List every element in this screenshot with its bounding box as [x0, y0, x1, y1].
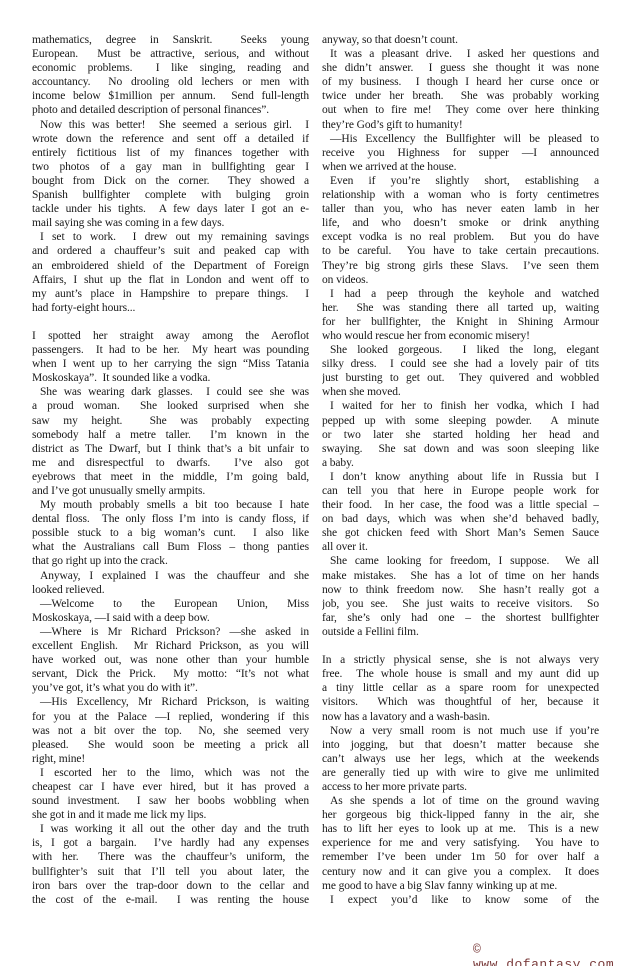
text-line: was not a bit over the top. No, she seem…: [32, 724, 309, 738]
text-line: she got in and it made me lick my lips.: [32, 808, 309, 822]
text-line: into jogging, but that doesn’t matter be…: [322, 738, 599, 752]
text-line: me good to have a big Slav fanny winking…: [322, 879, 599, 893]
text-line: receive you Highness for supper —I annou…: [322, 146, 599, 160]
text-line: servant, Dick the Prick. My motto: “It’s…: [32, 667, 309, 681]
text-line: Affairs, I shut up the flat in London an…: [32, 273, 309, 287]
text-line: sound investment. I saw her boobs wobbli…: [32, 794, 309, 808]
book-page: mathematics, degree in Sanskrit. Seeks y…: [0, 0, 630, 966]
text-line: Anyway, I explained I was the chauffeur …: [32, 569, 309, 583]
text-line: outside a Fellini film.: [322, 625, 599, 639]
text-line: and I’ve got unusually smelly armpits.: [32, 484, 309, 498]
text-line: life, and who doesn’t smoke or drink any…: [322, 216, 599, 230]
text-line: two photos of a gay man in bullfighting …: [32, 160, 309, 174]
text-line: saw my height. She was probably expectin…: [32, 414, 309, 428]
text-line: except vodka is no real problem. But you…: [322, 230, 599, 244]
text-line: visitors. Which was thoughtful of her, b…: [322, 695, 599, 709]
watermark-copyright: © www.dofantasy.com: [473, 942, 630, 966]
text-line: In a strictly physical sense, she is not…: [322, 653, 599, 667]
text-line: has to lift her eyes to look up at me. T…: [322, 822, 599, 836]
text-line: anyway, so that doesn’t count.: [322, 33, 599, 47]
text-line: a tiny little cellar as a spare room for…: [322, 681, 599, 695]
text-line: district as The Dwarf, but I think that’…: [32, 442, 309, 456]
text-line: with her. There was the chauffeur’s unif…: [32, 850, 309, 864]
text-line: —His Excellency, Mr Richard Prickson, is…: [32, 695, 309, 709]
text-line: photo and detailed description of person…: [32, 103, 309, 117]
text-line: —Welcome to the European Union, Miss: [32, 597, 309, 611]
text-line: right, mine!: [32, 752, 309, 766]
text-line: I escorted her to the limo, which was no…: [32, 766, 309, 780]
text-line: their food. In her case, the food was a …: [322, 498, 599, 512]
text-line: that go right up into the crack.: [32, 554, 309, 568]
text-line: she got chicken feed with Short Man’s Se…: [322, 526, 599, 540]
text-line: pleased. She would soon be meeting a pri…: [32, 738, 309, 752]
text-line: when I went up to her carrying the sign …: [32, 357, 309, 371]
text-line: she didn’t answer. I guess she thought i…: [322, 61, 599, 75]
text-line: She came looking for freedom, I suppose.…: [322, 554, 599, 568]
text-line: They’re big strong girls these Slavs. I’…: [322, 259, 599, 273]
text-line: for her bullfighter, the Knight in Shini…: [322, 315, 599, 329]
text-line: make mistakes. She has a lot of time on …: [322, 569, 599, 583]
text-line: all over it.: [322, 540, 599, 554]
text-line: out when to fire me! They come over here…: [322, 103, 599, 117]
text-line: passengers. It had to be her. My heart w…: [32, 343, 309, 357]
text-line: tackle under his tights. A few days late…: [32, 202, 309, 216]
text-line: I don’t know anything about life in Russ…: [322, 470, 599, 484]
blank-line: [32, 315, 309, 329]
text-line: Spanish bullfighter complete with bulgin…: [32, 188, 309, 202]
text-line: somebody half a metre taller. I’m known …: [32, 428, 309, 442]
text-line: an embroidered shield of the Department …: [32, 259, 309, 273]
text-line: swaying. She sat down and was soon sleep…: [322, 442, 599, 456]
text-line: remember I’ve been under 1m 50 for over …: [322, 850, 599, 864]
text-line: Moskoskaya”. It sounded like a vodka.: [32, 371, 309, 385]
text-line: twice under her breath. She was probably…: [322, 89, 599, 103]
text-line: free. The whole house is small and my au…: [322, 667, 599, 681]
text-line: mail saying she was coming in a few days…: [32, 216, 309, 230]
text-line: and ordered a chauffeur’s suit and peake…: [32, 244, 309, 258]
text-line: bought from Dick on the corner. They sho…: [32, 174, 309, 188]
text-column-left: mathematics, degree in Sanskrit. Seeks y…: [32, 33, 309, 907]
text-line: possible stuck to a big woman’s cunt. I …: [32, 526, 309, 540]
text-line: can’t always use her legs, which at the …: [322, 752, 599, 766]
text-line: mathematics, degree in Sanskrit. Seeks y…: [32, 33, 309, 47]
text-column-right: anyway, so that doesn’t count.It was a p…: [322, 33, 599, 907]
text-line: I waited for her to finish her vodka, wh…: [322, 399, 599, 413]
text-line: economic problems. I like singing, readi…: [32, 61, 309, 75]
text-line: Even if you’re slightly short, establish…: [322, 174, 599, 188]
text-line: on bad days, which was when she’d behave…: [322, 512, 599, 526]
text-line: —His Excellency the Bullfighter will be …: [322, 132, 599, 146]
text-line: far, she’s only had one – the shortest b…: [322, 611, 599, 625]
text-line: you’ve got, it’s what you do with it”.: [32, 681, 309, 695]
text-line: on videos.: [322, 273, 599, 287]
text-line: century now and it can give you a comple…: [322, 865, 599, 879]
text-line: cheapest car I have ever hired, but it h…: [32, 780, 309, 794]
text-line: I was working it all out the other day a…: [32, 822, 309, 836]
text-line: She was wearing dark glasses. I could se…: [32, 385, 309, 399]
text-line: they’re God’s gift to humanity!: [322, 118, 599, 132]
text-line: a proud woman. She looked surprised when…: [32, 399, 309, 413]
text-line: for you at the Palace —I replied, wonder…: [32, 710, 309, 724]
text-line: experience for me and very satisfying. Y…: [322, 836, 599, 850]
text-line: income below $1million per annum. Send f…: [32, 89, 309, 103]
text-line: her gorgeous big thick-lipped fanny in t…: [322, 808, 599, 822]
text-line: are generally tied up with wire to give …: [322, 766, 599, 780]
text-line: European. Must be attractive, serious, a…: [32, 47, 309, 61]
text-line: Now this was better! She seemed a seriou…: [32, 118, 309, 132]
text-line: pepped up with some sleeping powder. A m…: [322, 414, 599, 428]
text-line: had forty-eight hours...: [32, 301, 309, 315]
text-line: iron bars over the trap-door down to the…: [32, 879, 309, 893]
text-line: Now a very small room is not much use if…: [322, 724, 599, 738]
text-line: As she spends a lot of time on the groun…: [322, 794, 599, 808]
text-line: me and disrespectful to dwarfs. I’ve als…: [32, 456, 309, 470]
blank-line: [322, 639, 599, 653]
text-line: my aunt’s place in Hampshire to prepare …: [32, 287, 309, 301]
text-line: Moskoskaya, —I said with a deep bow.: [32, 611, 309, 625]
text-line: I had a peep through the keyhole and wat…: [322, 287, 599, 301]
text-line: relationship with a woman who is forty c…: [322, 188, 599, 202]
text-line: dental floss. The only floss I’m into is…: [32, 512, 309, 526]
text-line: can tell you that here in Europe people …: [322, 484, 599, 498]
text-line: just bursting to get out. They quivered …: [322, 371, 599, 385]
text-line: accountancy. No drooling old lechers or …: [32, 75, 309, 89]
text-line: is, I got a bargain. I’ve hardly had any…: [32, 836, 309, 850]
text-line: taller than you, who has never eaten lam…: [322, 202, 599, 216]
text-line: now has a lavatory and a wash-basin.: [322, 710, 599, 724]
text-line: access to her more private parts.: [322, 780, 599, 794]
text-line: of my business. I though I heard her cur…: [322, 75, 599, 89]
text-line: eyebrows that meet in the middle, I’m go…: [32, 470, 309, 484]
text-line: It was a pleasant drive. I asked her que…: [322, 47, 599, 61]
text-line: silky dress. I could see she had a lovel…: [322, 357, 599, 371]
text-line: looked relieved.: [32, 583, 309, 597]
text-line: job, you see. She just waits to receive …: [322, 597, 599, 611]
text-line: to be careful. You have to take certain …: [322, 244, 599, 258]
text-line: have worked out, was none other than you…: [32, 653, 309, 667]
text-line: My mouth probably smells a bit too becau…: [32, 498, 309, 512]
text-line: when she moved.: [322, 385, 599, 399]
text-line: when we arrived at the house.: [322, 160, 599, 174]
text-line: the cost of the e-mail. I was renting th…: [32, 893, 309, 907]
text-line: I set to work. I drew out my remaining s…: [32, 230, 309, 244]
text-line: wrote down the reference and sent off a …: [32, 132, 309, 146]
text-line: She looked gorgeous. I liked the long, e…: [322, 343, 599, 357]
text-line: I spotted her straight away among the Ae…: [32, 329, 309, 343]
text-line: bullfighter’s suit that I’ll tell you ab…: [32, 865, 309, 879]
text-line: I expect you’d like to know some of the: [322, 893, 599, 907]
text-line: or two later she started holding her hea…: [322, 428, 599, 442]
text-line: —Where is Mr Richard Prickson? —she aske…: [32, 625, 309, 639]
text-line: who would rescue her from economic miser…: [322, 329, 599, 343]
text-line: what the Australians call Bum Floss – th…: [32, 540, 309, 554]
text-line: entirely fictitious list of my finances …: [32, 146, 309, 160]
text-line: now to think freedom now. She hasn’t rea…: [322, 583, 599, 597]
text-line: a baby.: [322, 456, 599, 470]
text-line: her. She was standing there all tarted u…: [322, 301, 599, 315]
text-line: excellent English. Mr Richard Prickson, …: [32, 639, 309, 653]
